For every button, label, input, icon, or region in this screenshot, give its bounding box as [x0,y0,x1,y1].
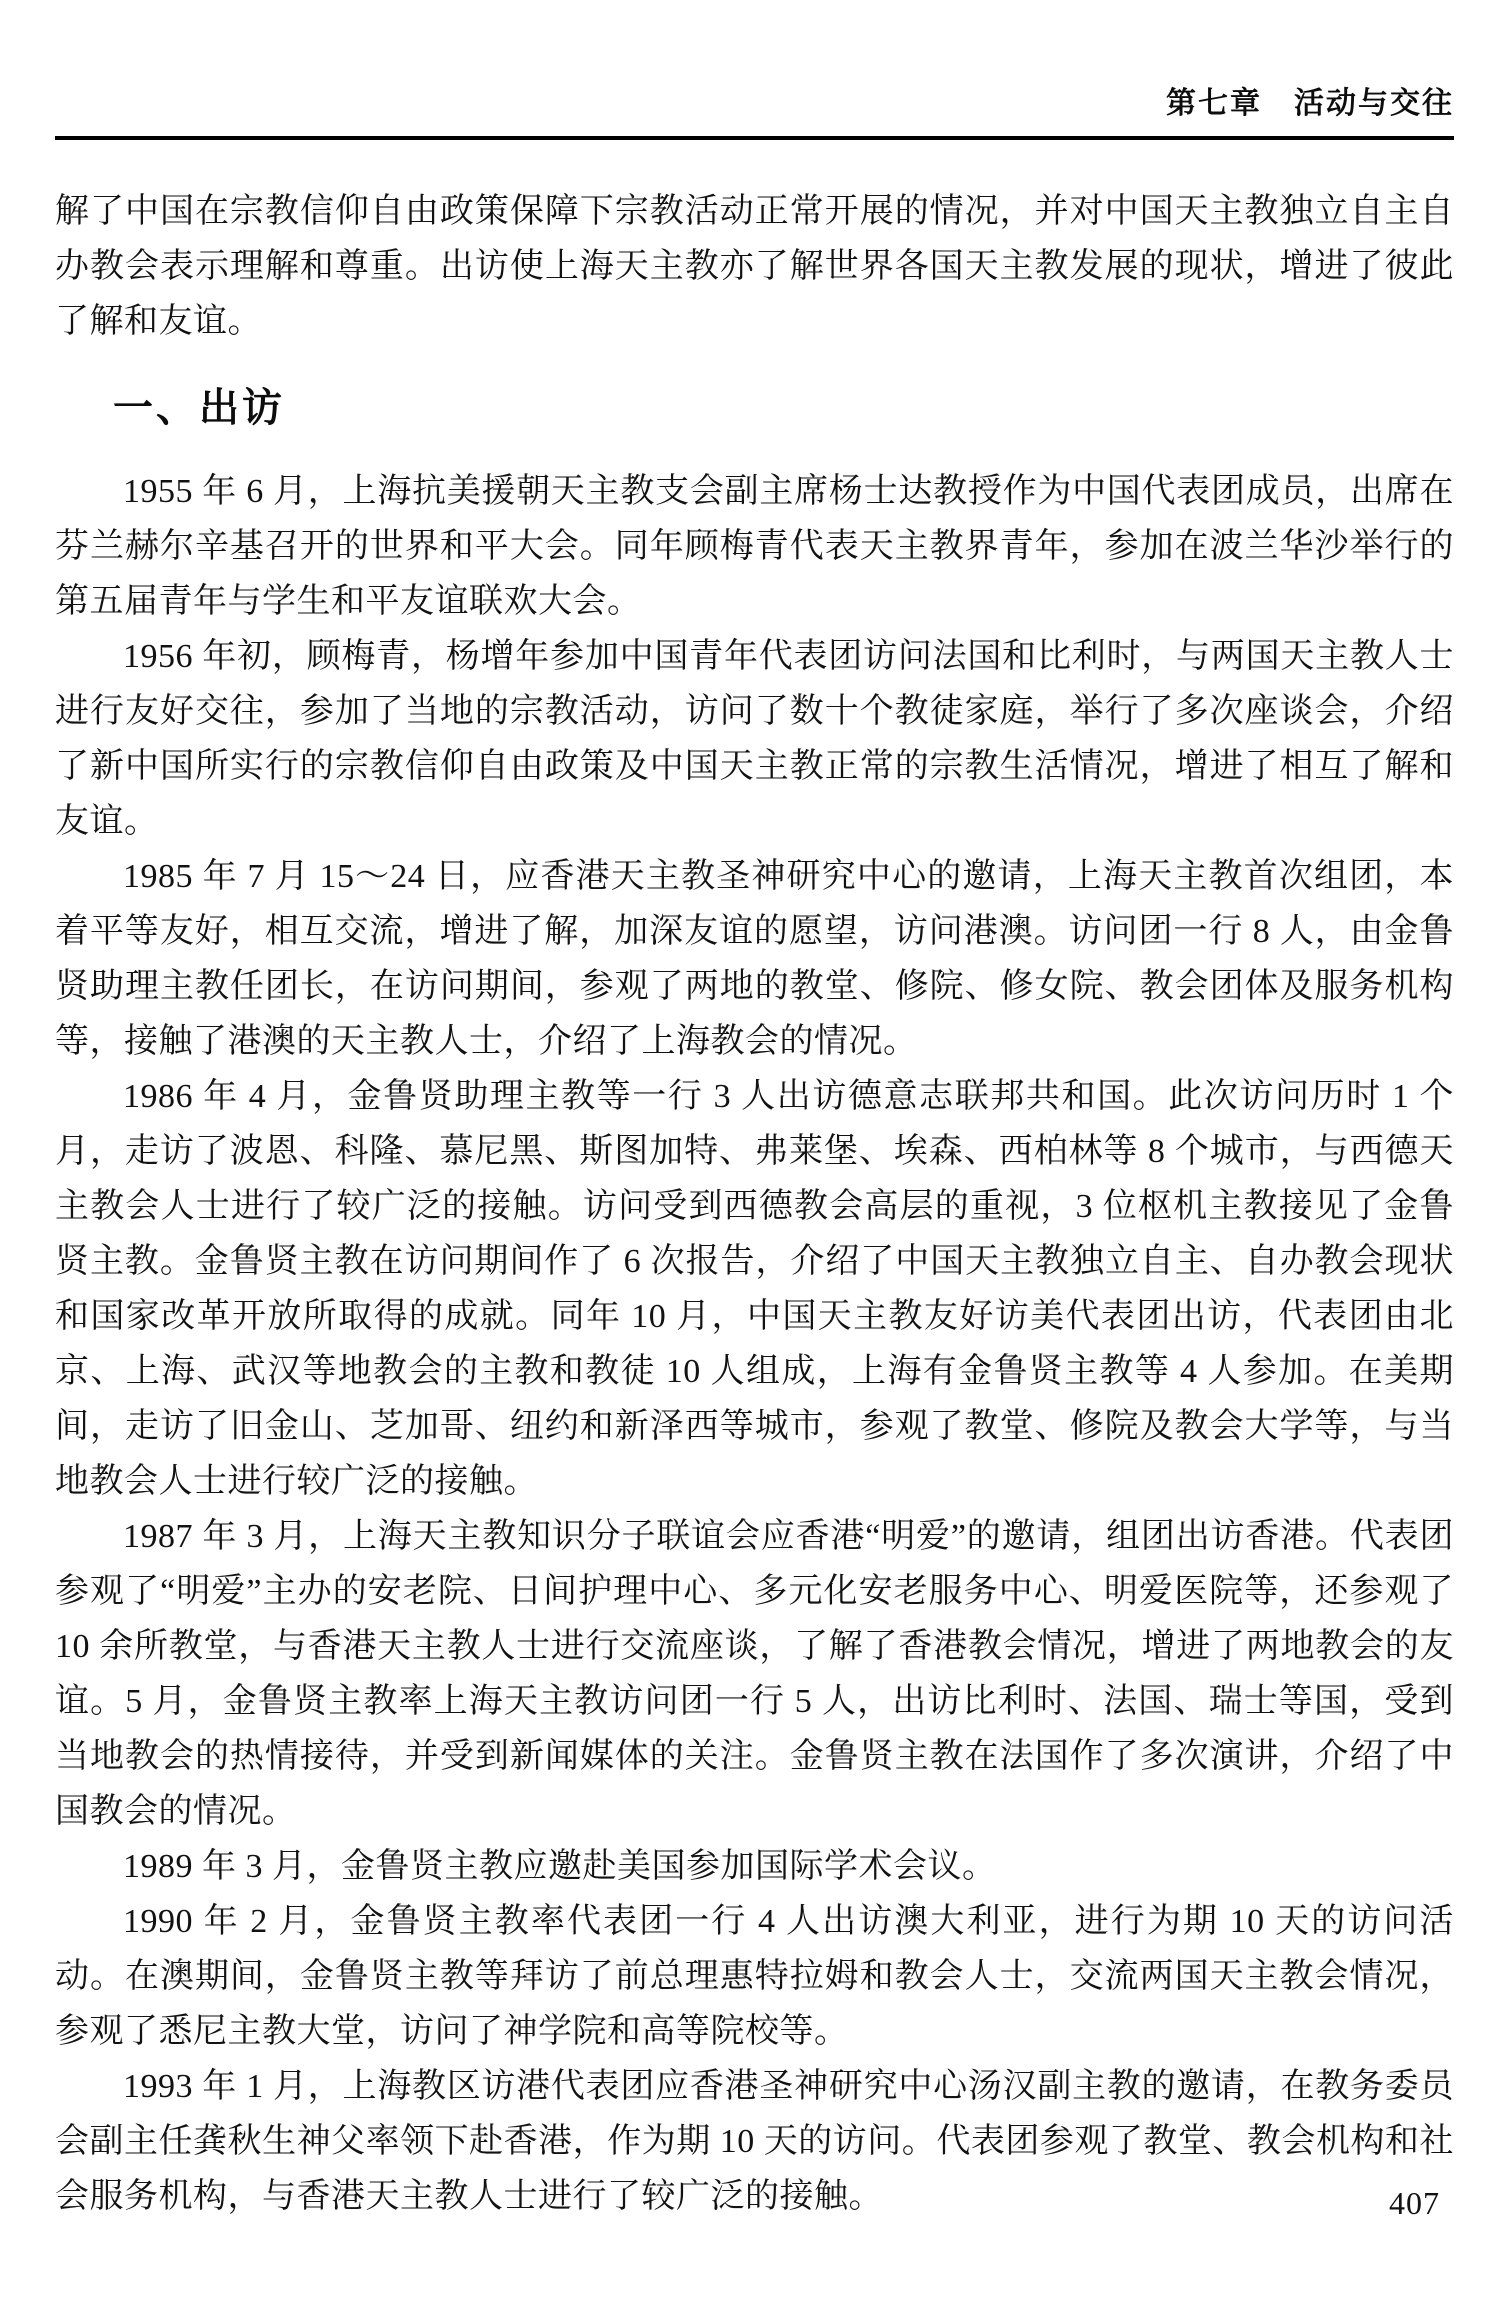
paragraph-1956: 1956 年初，顾梅青，杨增年参加中国青年代表团访问法国和比利时，与两国天主教人… [55,629,1454,849]
paragraph-1987: 1987 年 3 月，上海天主教知识分子联谊会应香港“明爱”的邀请，组团出访香港… [55,1509,1454,1839]
header-rule [55,136,1454,140]
section-heading: 一、出访 [55,381,1454,436]
intro-paragraph-continuation: 解了中国在宗教信仰自由政策保障下宗教活动正常开展的情况，并对中国天主教独立自主自… [55,184,1454,349]
paragraph-1989: 1989 年 3 月，金鲁贤主教应邀赴美国参加国际学术会议。 [55,1839,1454,1894]
paragraph-1955: 1955 年 6 月，上海抗美援朝天主教支会副主席杨士达教授作为中国代表团成员，… [55,464,1454,629]
paragraph-1986: 1986 年 4 月，金鲁贤助理主教等一行 3 人出访德意志联邦共和国。此次访问… [55,1069,1454,1509]
page-number: 407 [1389,2185,1440,2222]
paragraph-1985: 1985 年 7 月 15～24 日，应香港天主教圣神研究中心的邀请，上海天主教… [55,849,1454,1069]
paragraph-1993: 1993 年 1 月，上海教区访港代表团应香港圣神研究中心汤汉副主教的邀请，在教… [55,2059,1454,2224]
paragraph-1990: 1990 年 2 月，金鲁贤主教率代表团一行 4 人出访澳大利亚，进行为期 10… [55,1894,1454,2059]
page-body-text: 解了中国在宗教信仰自由政策保障下宗教活动正常开展的情况，并对中国天主教独立自主自… [55,184,1454,2224]
running-header-chapter-title: 第七章 活动与交往 [55,0,1454,122]
book-page: 第七章 活动与交往 解了中国在宗教信仰自由政策保障下宗教活动正常开展的情况，并对… [55,0,1454,2224]
